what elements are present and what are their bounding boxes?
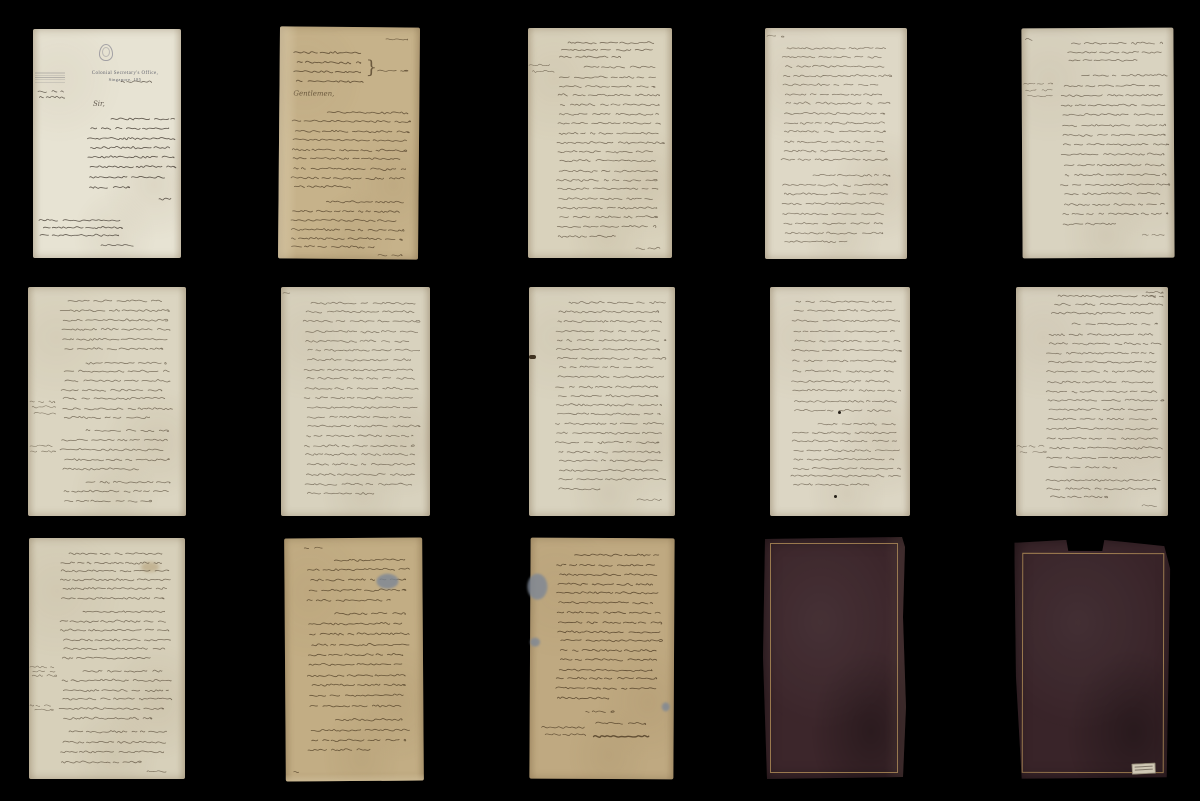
handwriting-paragraph	[781, 170, 891, 246]
addressee-names	[294, 47, 366, 86]
corner-note	[767, 32, 783, 39]
catchword	[147, 768, 171, 774]
handwriting-paragraph	[59, 548, 173, 602]
corner-note	[304, 544, 324, 550]
handwriting-body	[307, 608, 412, 711]
manuscript-page-04	[765, 28, 907, 259]
crest-icon	[99, 44, 113, 61]
handwriting-paragraph	[290, 196, 410, 251]
margin-annotation	[1024, 80, 1054, 98]
fox-stain	[141, 562, 159, 572]
margin-annotation	[1017, 443, 1045, 455]
manuscript-page-06	[28, 287, 186, 516]
handwriting-paragraph	[1050, 291, 1164, 317]
margin-annotation	[30, 443, 54, 454]
handwriting-paragraph	[790, 419, 902, 489]
catchword	[637, 497, 663, 503]
volume-cover-15	[1014, 537, 1175, 781]
seal-stain	[527, 574, 547, 600]
salutation: Sir,	[93, 101, 105, 108]
brace-glyph: }	[366, 59, 378, 77]
letterhead-date-line: Singapore, 185	[83, 78, 167, 83]
manuscript-page-02: } Gentlemen,	[278, 26, 420, 259]
place-date-block	[542, 724, 588, 738]
handwriting-paragraph	[790, 295, 902, 415]
handwriting-paragraph	[307, 714, 411, 755]
manuscript-page-08	[529, 287, 675, 516]
corner-note	[294, 766, 304, 774]
handwriting-body	[1046, 319, 1164, 471]
corner-note	[283, 289, 293, 295]
catchword	[636, 244, 662, 251]
handwriting-paragraph	[60, 477, 172, 505]
manuscript-page-07	[281, 287, 430, 516]
addressee-block	[39, 215, 127, 239]
signature-handwriting	[594, 730, 652, 741]
handwriting-body	[1060, 70, 1171, 229]
docket-note	[36, 87, 66, 101]
manuscript-page-05	[1021, 28, 1174, 259]
shelfmark-label	[1131, 763, 1156, 775]
flourish	[159, 195, 173, 201]
closing-line	[592, 718, 648, 726]
printed-margin-note	[35, 71, 65, 83]
handwriting-paragraph	[1065, 38, 1167, 65]
catchword	[1142, 232, 1166, 238]
handwriting-paragraph	[60, 357, 172, 421]
signed-note	[378, 251, 404, 257]
ink-dot	[838, 411, 841, 414]
place-line	[95, 241, 139, 249]
ink-dot	[834, 495, 837, 498]
handwriting-body	[555, 297, 667, 493]
seal-stain	[530, 638, 540, 647]
corner-note	[1146, 289, 1164, 299]
corner-note	[1025, 34, 1035, 42]
handwriting-body	[303, 297, 421, 497]
handwriting-paragraph	[60, 425, 172, 473]
document-contact-sheet: Colonial Secretary's Office, Singapore, …	[0, 0, 1200, 801]
salutation: Gentlemen,	[293, 91, 334, 98]
margin-annotation	[30, 702, 52, 712]
seal-stain	[376, 574, 398, 589]
chipped-edge	[286, 774, 424, 782]
handwriting-paragraph	[60, 295, 172, 353]
corner-note	[386, 35, 410, 41]
heading-lines	[558, 38, 662, 60]
manuscript-page-13	[529, 538, 674, 780]
cover-sheen	[885, 537, 907, 780]
handwriting-body	[556, 550, 663, 703]
manuscript-page-09	[770, 287, 910, 516]
manuscript-page-11	[29, 538, 185, 779]
letterhead-office-line: Colonial Secretary's Office,	[73, 71, 177, 76]
catchword	[1142, 503, 1158, 508]
manuscript-page-10	[1016, 287, 1168, 516]
handwriting-paragraph	[59, 666, 173, 722]
manuscript-page-01: Colonial Secretary's Office, Singapore, …	[33, 29, 181, 258]
seal-stain	[662, 702, 670, 711]
manuscript-page-12	[284, 538, 424, 782]
note-beside-brace	[378, 67, 408, 74]
margin-annotation	[30, 399, 56, 415]
handwriting-paragraph	[59, 726, 173, 766]
gilt-border	[1022, 553, 1165, 773]
margin-annotation	[30, 664, 56, 678]
handwriting-paragraph	[781, 42, 891, 164]
handwriting-paragraph	[59, 606, 173, 662]
volume-cover-14	[763, 537, 907, 780]
handwriting-paragraph	[291, 106, 412, 191]
manuscript-page-03	[528, 28, 672, 258]
handwriting-body	[556, 62, 664, 240]
closing-line	[586, 708, 614, 715]
handwriting-paragraph	[1046, 475, 1164, 501]
margin-annotation	[529, 62, 555, 74]
gilt-border	[770, 543, 898, 773]
edge-mark	[529, 355, 536, 359]
handwriting-body	[87, 113, 177, 191]
